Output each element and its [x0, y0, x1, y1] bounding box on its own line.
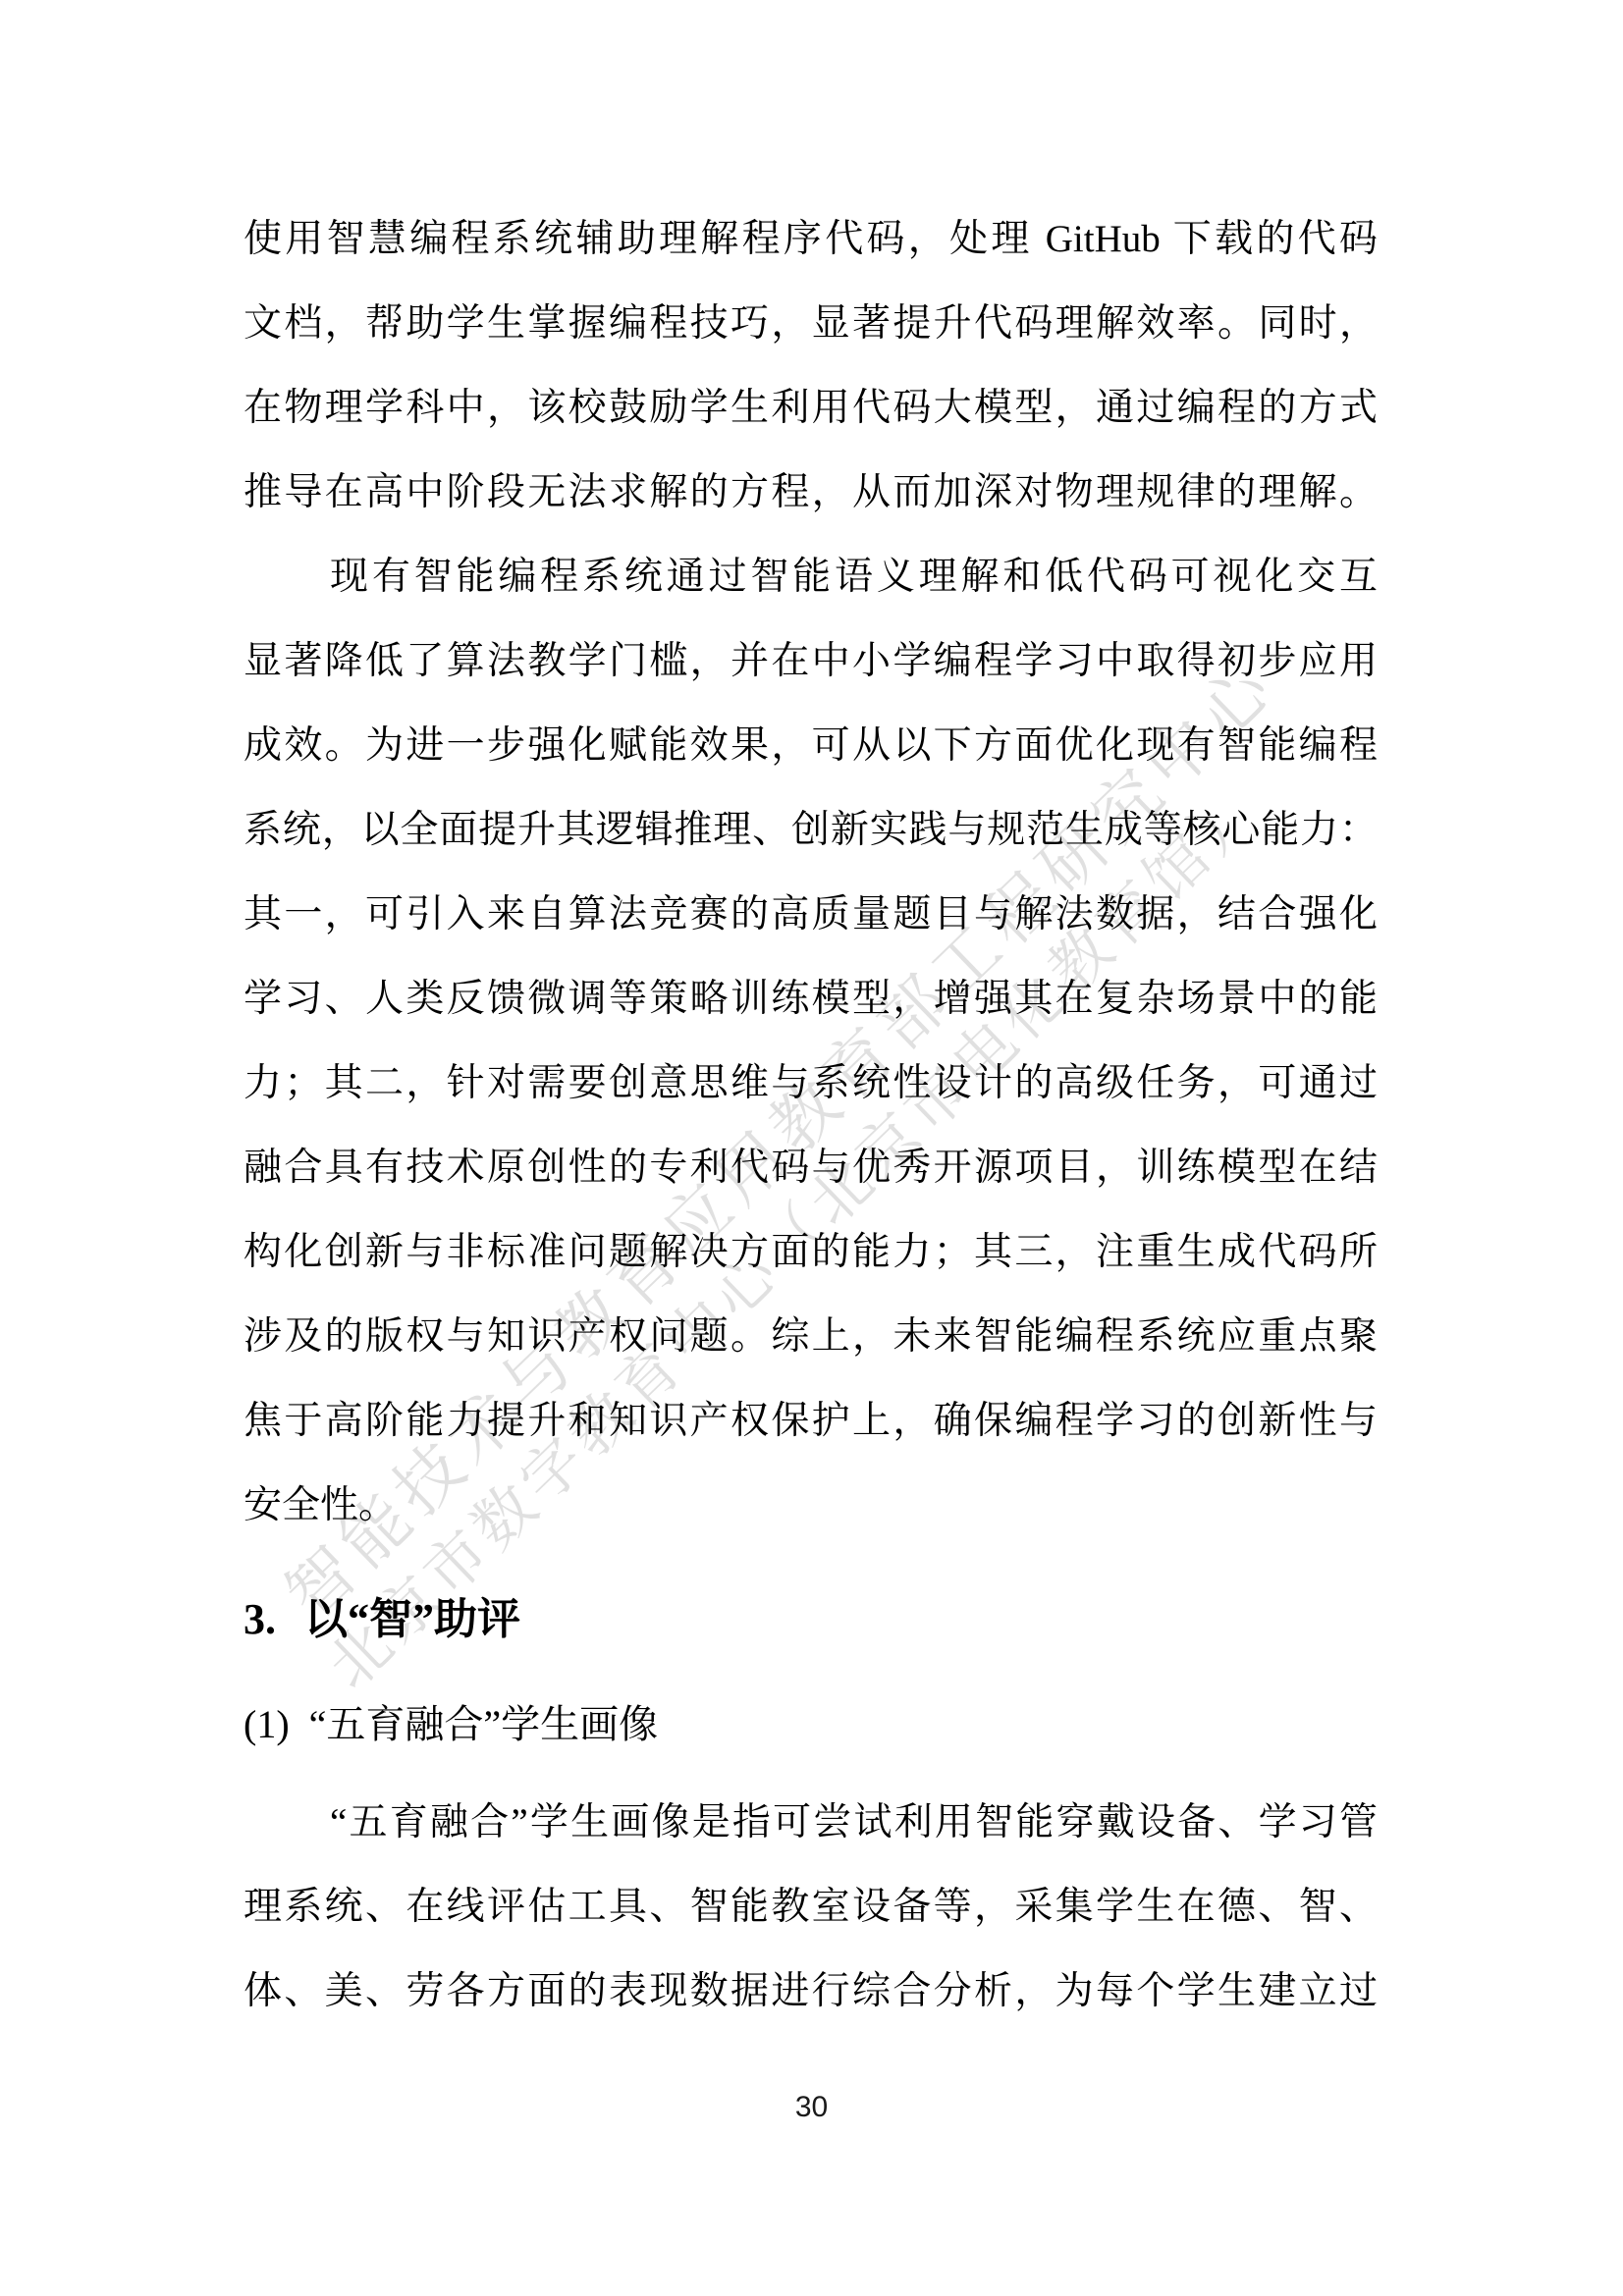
- text-line: 系统，以全面提升其逻辑推理、创新实践与规范生成等核心能力：: [243, 788, 1378, 873]
- paragraph-3: “五育融合”学生画像是指可尝试利用智能穿戴设备、学习管 理系统、在线评估工具、智…: [243, 1781, 1378, 2034]
- text-line: 使用智慧编程系统辅助理解程序代码，处理 GitHub 下载的代码: [243, 197, 1378, 282]
- text-line: 现有智能编程系统通过智能语义理解和低代码可视化交互: [243, 535, 1378, 619]
- text-line: 体、美、劳各方面的表现数据进行综合分析，为每个学生建立过: [243, 1949, 1378, 2034]
- subsection-heading-text: “五育融合”学生画像: [309, 1702, 659, 1746]
- page-number: 30: [0, 2091, 1623, 2124]
- section-heading: 3. 以“智”助评: [243, 1577, 1378, 1662]
- text-line: 其一，可引入来自算法竞赛的高质量题目与解法数据，结合强化: [243, 873, 1378, 957]
- text-line: 显著降低了算法教学门槛，并在中小学编程学习中取得初步应用: [243, 619, 1378, 704]
- body-text: 使用智慧编程系统辅助理解程序代码，处理 GitHub 下载的代码 文档，帮助学生…: [243, 197, 1378, 2034]
- text-line: 涉及的版权与知识产权问题。综上，未来智能编程系统应重点聚: [243, 1295, 1378, 1379]
- section-heading-number: 3.: [243, 1577, 276, 1662]
- text-line: 推导在高中阶段无法求解的方程，从而加深对物理规律的理解。: [243, 451, 1378, 535]
- document-page: 智能技术与教育应用教育部工程研究中心 北京市数字教育中心（北京市电化教育馆） 使…: [0, 0, 1623, 2296]
- text-line: 构化创新与非标准问题解决方面的能力；其三，注重生成代码所: [243, 1210, 1378, 1295]
- text-line: 在物理学科中，该校鼓励学生利用代码大模型，通过编程的方式: [243, 366, 1378, 451]
- paragraph-2: 现有智能编程系统通过智能语义理解和低代码可视化交互 显著降低了算法教学门槛，并在…: [243, 535, 1378, 1548]
- text-line: 理系统、在线评估工具、智能教室设备等，采集学生在德、智、: [243, 1865, 1378, 1949]
- section-heading-text: 以“智”助评: [304, 1577, 520, 1662]
- text-line: 学习、人类反馈微调等策略训练模型，增强其在复杂场景中的能: [243, 957, 1378, 1041]
- subsection-heading-number: (1): [243, 1702, 290, 1746]
- paragraph-1: 使用智慧编程系统辅助理解程序代码，处理 GitHub 下载的代码 文档，帮助学生…: [243, 197, 1378, 535]
- text-line: “五育融合”学生画像是指可尝试利用智能穿戴设备、学习管: [243, 1781, 1378, 1865]
- subsection-heading: (1) “五育融合”学生画像: [243, 1682, 1378, 1767]
- text-line: 焦于高阶能力提升和知识产权保护上，确保编程学习的创新性与: [243, 1379, 1378, 1464]
- text-line: 成效。为进一步强化赋能效果，可从以下方面优化现有智能编程: [243, 704, 1378, 788]
- text-line: 力；其二，针对需要创意思维与系统性设计的高级任务，可通过: [243, 1041, 1378, 1126]
- text-line: 文档，帮助学生掌握编程技巧，显著提升代码理解效率。同时，: [243, 282, 1378, 366]
- text-line: 安全性。: [243, 1464, 1378, 1548]
- text-line: 融合具有技术原创性的专利代码与优秀开源项目，训练模型在结: [243, 1126, 1378, 1210]
